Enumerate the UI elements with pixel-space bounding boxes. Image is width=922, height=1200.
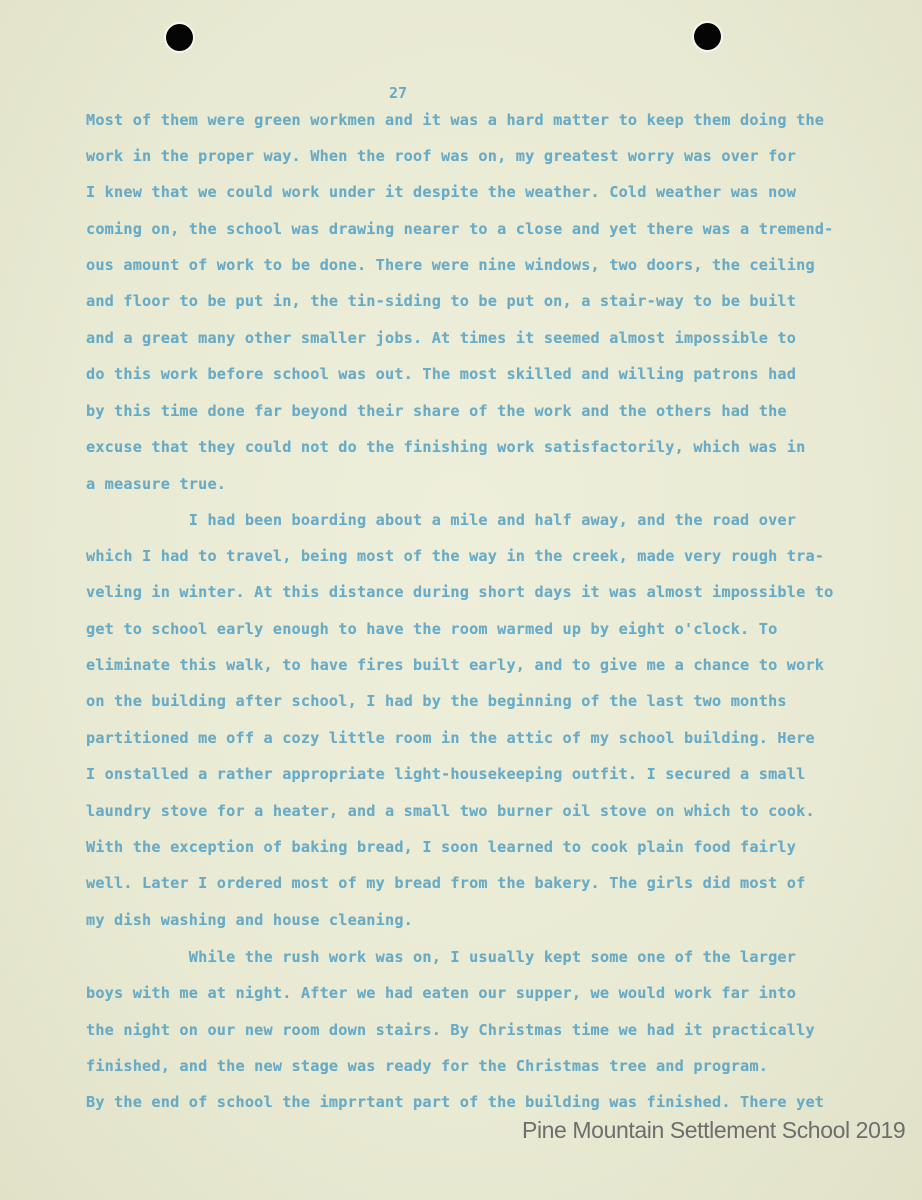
text-line: partitioned me off a cozy little room in… [86,728,815,748]
text-line: ous amount of work to be done. There wer… [86,255,815,275]
text-line: By the end of school the imprrtant part … [86,1092,824,1112]
text-line: I onstalled a rather appropriate light-h… [86,764,805,784]
text-line: my dish washing and house cleaning. [86,910,413,930]
text-line: Most of them were green workmen and it w… [86,110,824,130]
text-line: on the building after school, I had by t… [86,691,787,711]
text-line: I knew that we could work under it despi… [86,182,796,202]
text-line: get to school early enough to have the r… [86,619,777,639]
text-line: by this time done far beyond their share… [86,401,787,421]
page-number: 27 [389,84,407,102]
text-line: veling in winter. At this distance durin… [86,582,834,602]
text-line: which I had to travel, being most of the… [86,546,824,566]
document-page: 27 Most of them were green workmen and i… [0,0,922,1200]
text-line: do this work before school was out. The … [86,364,796,384]
punch-hole-right [694,23,721,50]
text-line: coming on, the school was drawing nearer… [86,219,834,239]
text-line: work in the proper way. When the roof wa… [86,146,796,166]
punch-hole-left [166,24,193,51]
text-line: excuse that they could not do the finish… [86,437,805,457]
text-line: well. Later I ordered most of my bread f… [86,873,805,893]
text-line: I had been boarding about a mile and hal… [86,510,796,530]
text-line: boys with me at night. After we had eate… [86,983,796,1003]
text-line: finished, and the new stage was ready fo… [86,1056,768,1076]
watermark: Pine Mountain Settlement School 2019 [522,1117,905,1144]
text-line: and a great many other smaller jobs. At … [86,328,796,348]
text-line: With the exception of baking bread, I so… [86,837,796,857]
text-line: eliminate this walk, to have fires built… [86,655,824,675]
text-line: the night on our new room down stairs. B… [86,1020,815,1040]
text-line: a measure true. [86,474,226,494]
text-line: and floor to be put in, the tin-siding t… [86,291,796,311]
text-line: laundry stove for a heater, and a small … [86,801,815,821]
text-line: While the rush work was on, I usually ke… [86,947,796,967]
